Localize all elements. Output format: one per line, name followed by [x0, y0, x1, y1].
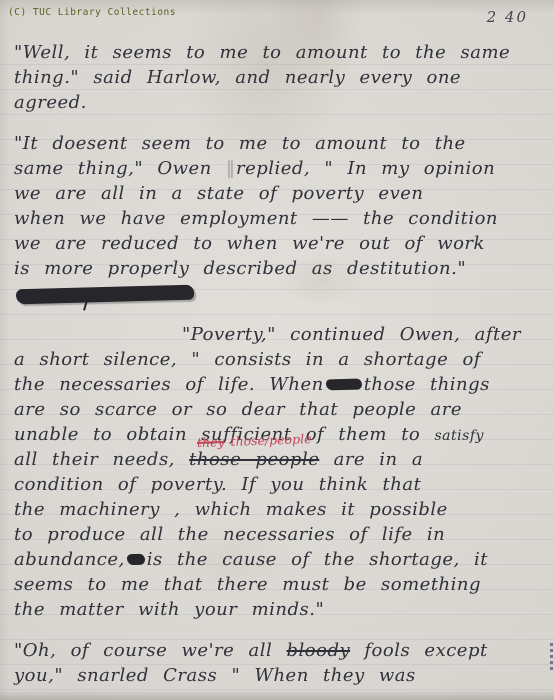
manuscript-line: seems to me that there must be something [14, 572, 546, 597]
ink-text: replied, " In my opinion [236, 158, 495, 179]
ink-text: "Oh, of course we're all [14, 640, 286, 661]
ink-text: "Poverty," continued Owen, after [182, 324, 521, 345]
squeezed-text: satisfy [435, 428, 484, 444]
red-replacement-word: those/people [230, 431, 311, 449]
watermark: (C) TUC Library Collections [8, 7, 176, 18]
manuscript-line: when we have employment —— the condition [14, 206, 546, 231]
manuscript-body: "Well, it seems to me to amount to the s… [14, 40, 546, 688]
red-struck-word: they [197, 434, 225, 450]
manuscript-paragraph: "Poverty," continued Owen, aftera short … [14, 322, 546, 622]
ink-blot [127, 554, 145, 565]
ink-text: is more properly described as destitutio… [14, 258, 466, 279]
edge-mark [550, 643, 553, 671]
struck-text: those people [189, 449, 319, 470]
manuscript-line: we are reduced to when we're out of work [14, 231, 546, 256]
manuscript-line: the machinery , which makes it possible [14, 497, 546, 522]
ink-text: we are all in a state of poverty even [14, 183, 424, 204]
insertion-mark: ‖ [226, 158, 236, 179]
ink-text: you," snarled Crass " When they was [14, 665, 416, 686]
ink-text: "Well, it seems to me to amount to the s… [14, 42, 510, 63]
ink-blot [326, 379, 362, 391]
ink-text: condition of poverty. If you think that [14, 474, 421, 495]
manuscript-line: are so scarce or so dear that people are [14, 397, 546, 422]
manuscript-line: thing." said Harlow, and nearly every on… [14, 65, 546, 90]
manuscript-line: all their needs, those peoplethey those/… [14, 447, 546, 472]
manuscript-line: abundance,is the cause of the shortage, … [14, 547, 546, 572]
ink-text: the necessaries of life. When [14, 374, 324, 395]
ink-text: when we have employment —— the condition [14, 208, 498, 229]
manuscript-paragraph: "Oh, of course we're all bloody fools ex… [14, 638, 546, 688]
ink-text: fools except [350, 640, 488, 661]
manuscript-line: same thing," Owen ‖replied, " In my opin… [14, 156, 546, 181]
manuscript-line: agreed. [14, 90, 546, 115]
ink-text: are so scarce or so dear that people are [14, 399, 462, 420]
ink-text: the matter with your minds." [14, 599, 324, 620]
manuscript-paragraph: "Well, it seems to me to amount to the s… [14, 40, 546, 115]
red-ink-annotation: they those/people [197, 433, 312, 449]
manuscript-line: the necessaries of life. Whenthose thing… [14, 372, 546, 397]
ink-text: a short silence, " consists in a shortag… [14, 349, 481, 370]
manuscript-paragraph: "It doesent seem to me to amount to thes… [14, 131, 546, 306]
ink-text: to produce all the necessaries of life i… [14, 524, 445, 545]
manuscript-page: (C) TUC Library Collections 2 40 "Well, … [0, 0, 554, 700]
page-number: 2 40 [487, 8, 528, 26]
ink-text: thing." said Harlow, and nearly every on… [14, 67, 461, 88]
ink-text: same thing," Owen [14, 158, 226, 179]
redacted-line-blot [16, 285, 194, 305]
manuscript-line: condition of poverty. If you think that [14, 472, 546, 497]
manuscript-line: the matter with your minds." [14, 597, 546, 622]
manuscript-line [14, 281, 546, 306]
manuscript-line: "Oh, of course we're all bloody fools ex… [14, 638, 546, 663]
corrected-text: those peoplethey those/people [189, 449, 319, 470]
ink-text: those things [364, 374, 490, 395]
manuscript-line: you," snarled Crass " When they was [14, 663, 546, 688]
manuscript-line: "Well, it seems to me to amount to the s… [14, 40, 546, 65]
ink-text: all their needs, [14, 449, 189, 470]
ink-text: agreed. [14, 92, 87, 113]
manuscript-line: to produce all the necessaries of life i… [14, 522, 546, 547]
manuscript-line: we are all in a state of poverty even [14, 181, 546, 206]
ink-text: "It doesent seem to me to amount to the [14, 133, 466, 154]
ink-text: the machinery , which makes it possible [14, 499, 448, 520]
ink-text: seems to me that there must be something [14, 574, 481, 595]
manuscript-line: a short silence, " consists in a shortag… [14, 347, 546, 372]
manuscript-line: "Poverty," continued Owen, after [14, 322, 546, 347]
struck-text: bloody [286, 640, 350, 661]
manuscript-line: "It doesent seem to me to amount to the [14, 131, 546, 156]
ink-text: abundance, [14, 549, 125, 570]
ink-text: is the cause of the shortage, it [147, 549, 488, 570]
manuscript-line: is more properly described as destitutio… [14, 256, 546, 281]
ink-text: we are reduced to when we're out of work [14, 233, 485, 254]
ink-text: are in a [319, 449, 423, 470]
